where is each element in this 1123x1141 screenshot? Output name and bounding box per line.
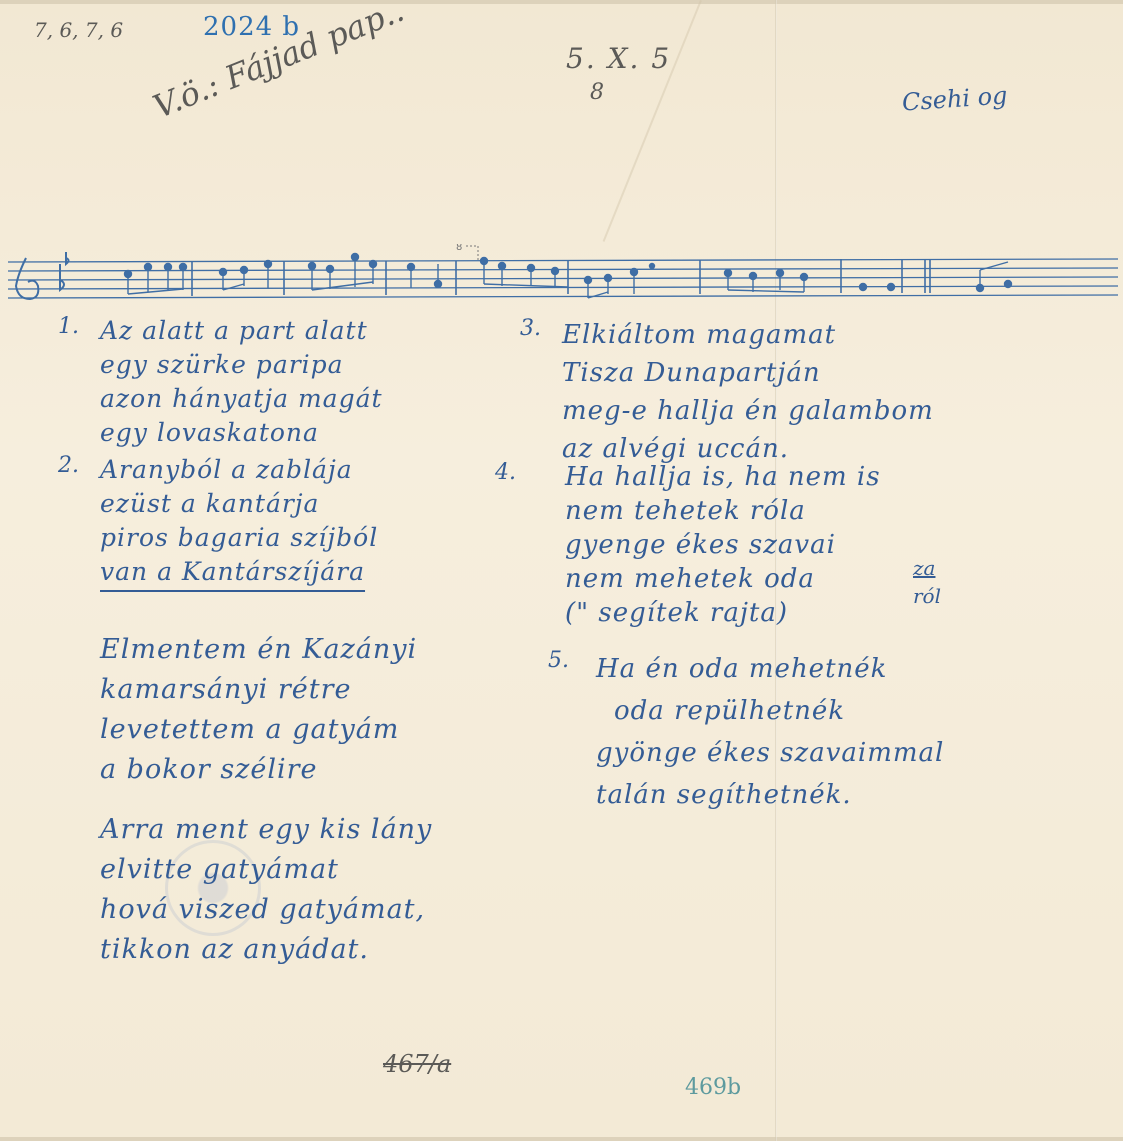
- verse-line: azon hányatja magát: [100, 382, 383, 416]
- verse-line: Az alatt a part alatt: [100, 314, 383, 348]
- verse-line: Elkiáltom magamat: [562, 316, 934, 354]
- verse-line: egy szürke paripa: [100, 348, 383, 382]
- verse-line: Tisza Dunapartján: [562, 354, 934, 392]
- ottava-marker: 8: [456, 244, 462, 253]
- verse-line: Elmentem én Kazányi: [100, 630, 417, 670]
- verse-line: egy lovaskatona: [100, 416, 383, 450]
- verse-number: 1.: [58, 314, 79, 339]
- alternate-insert: za: [913, 556, 935, 580]
- structure-annotation: 5. X. 5: [566, 42, 671, 75]
- music-notation: 8: [8, 244, 1118, 324]
- verse-line: piros bagaria szíjból: [100, 521, 378, 555]
- verse-line-underlined: van a Kantárszíjára: [100, 555, 378, 589]
- archive-number-old-struck: 467/a: [383, 1050, 451, 1078]
- manuscript-page: 7, 6, 7, 6 2024 b V.ö.: Fájjad pap.. 5. …: [0, 0, 1123, 1141]
- music-staff: 8: [8, 244, 1118, 324]
- verse-line: hová viszed gatyámat,: [100, 890, 432, 930]
- verse-number: 3.: [520, 316, 541, 341]
- verse-line: (" segítek rajta): [565, 596, 881, 630]
- verse-line: elvitte gatyámat: [100, 850, 432, 890]
- verse-line: ezüst a kantárja: [100, 487, 378, 521]
- verse-line: gyenge ékes szavai: [565, 528, 881, 562]
- paper-bottom-edge: [0, 1137, 1123, 1141]
- paper-crease: [603, 0, 702, 242]
- verse-line: gyönge ékes szavaimmal: [596, 732, 944, 774]
- verse-line: Aranyból a zablája: [100, 453, 378, 487]
- meter-annotation: 7, 6, 7, 6: [34, 18, 123, 42]
- structure-subscript: 8: [590, 80, 604, 105]
- verse-line: kamarsányi rétre: [100, 670, 417, 710]
- verse-line: talán segíthetnék.: [596, 774, 944, 816]
- paper-top-edge: [0, 0, 1123, 4]
- location-note: Csehi og: [901, 81, 1008, 116]
- verse-number: 4.: [495, 460, 516, 485]
- verse-line: nem tehetek róla: [565, 494, 881, 528]
- alternate-insert-below: ról: [913, 584, 941, 608]
- verse-line: nem mehetek oda: [565, 562, 881, 596]
- treble-clef-icon: [16, 258, 38, 299]
- verse-line: Arra ment egy kis lány: [100, 810, 432, 850]
- verse-line: tikkon az anyádat.: [100, 930, 432, 970]
- verse-number: 5.: [548, 648, 569, 673]
- verse-line: Ha hallja is, ha nem is: [565, 460, 881, 494]
- verse-line: a bokor szélire: [100, 750, 417, 790]
- verse-line: meg-e hallja én galambom: [562, 392, 934, 430]
- verse-line: Ha én oda mehetnék: [596, 648, 944, 690]
- archive-number-new: 469b: [685, 1075, 741, 1100]
- verse-line: levetettem a gatyám: [100, 710, 417, 750]
- verse-line: oda repülhetnék: [596, 690, 944, 732]
- verse-number: 2.: [58, 453, 79, 478]
